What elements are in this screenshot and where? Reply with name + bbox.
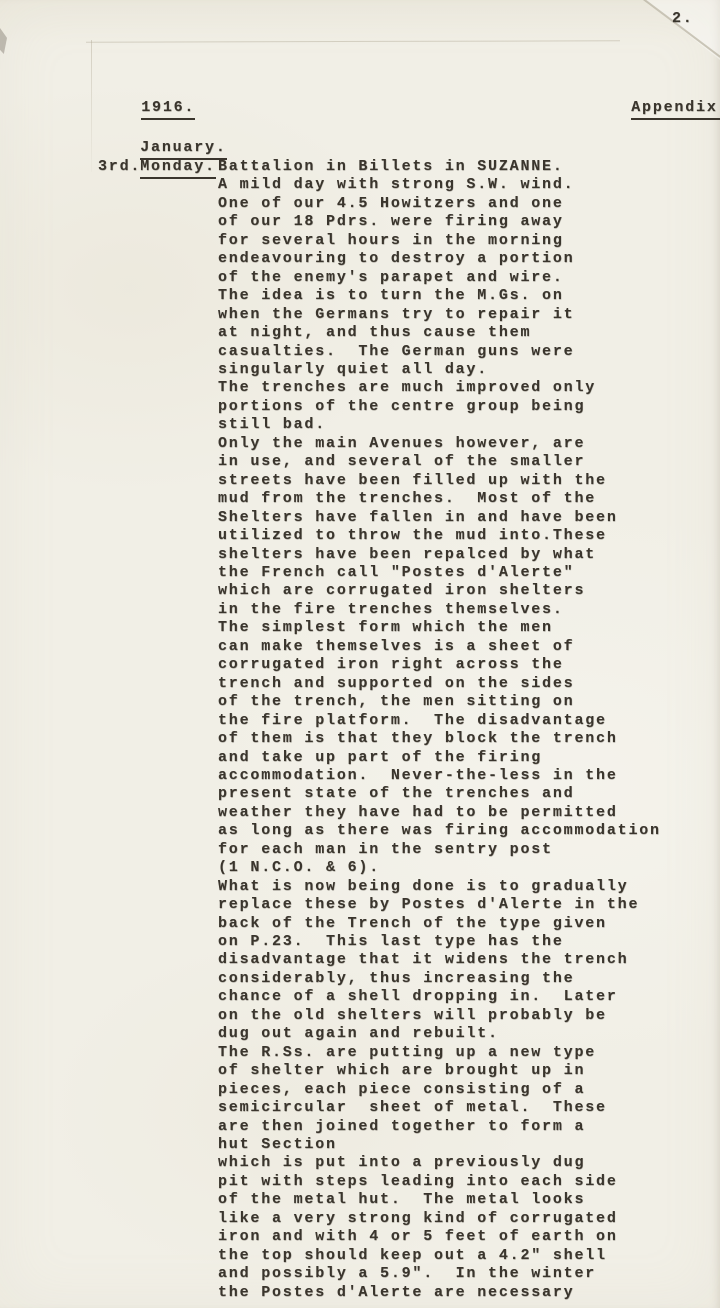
typed-text-line: for several hours in the morning — [218, 232, 661, 250]
vertical-crease-line — [91, 40, 92, 172]
typed-text-line: Shelters have fallen in and have been — [218, 509, 661, 527]
typed-text-line: What is now being done is to gradually — [218, 878, 661, 896]
typed-text-line: as long as there was firing accommodatio… — [218, 822, 661, 840]
typed-text-line: the Postes d'Alerte are necessary — [218, 1284, 661, 1302]
typed-text-line: of shelter which are brought up in — [218, 1062, 661, 1080]
typed-text-line: (1 N.C.O. & 6). — [218, 859, 661, 877]
typed-text-line: trench and supported on the sides — [218, 675, 661, 693]
typed-text-line: hut Section — [218, 1136, 661, 1154]
typed-text-line: at night, and thus cause them — [218, 324, 661, 342]
typed-text-line: casualties. The German guns were — [218, 343, 661, 361]
typed-text-line: of the trench, the men sitting on — [218, 693, 661, 711]
typed-text-line: replace these by Postes d'Alerte in the — [218, 896, 661, 914]
day-heading: Monday. — [140, 158, 216, 179]
typed-text-line: of the metal hut. The metal looks — [218, 1191, 661, 1209]
typed-text-line: back of the Trench of the type given — [218, 915, 661, 933]
appendix-heading: Appendix. — [631, 99, 720, 120]
typed-text-line: pit with steps leading into each side — [218, 1173, 661, 1191]
typed-text-line: One of our 4.5 Howitzers and one — [218, 195, 661, 213]
typed-text-line: weather they have had to be permitted — [218, 804, 661, 822]
appendix-heading-wrap: Appendix. — [588, 81, 720, 139]
typed-text-line: of the enemy's parapet and wire. — [218, 269, 661, 287]
typed-text-line: Battalion in Billets in SUZANNE. — [218, 158, 661, 176]
diary-entry-body: Battalion in Billets in SUZANNE.A mild d… — [218, 158, 661, 1302]
left-edge-scan-mark — [0, 28, 7, 54]
typed-text-line: singularly quiet all day. — [218, 361, 661, 379]
horizontal-crease-line — [86, 40, 620, 42]
typed-text-line: which is put into a previously dug — [218, 1154, 661, 1172]
typed-text-line: in use, and several of the smaller — [218, 453, 661, 471]
typed-text-line: dug out again and rebuilt. — [218, 1025, 661, 1043]
typed-text-line: in the fire trenches themselves. — [218, 601, 661, 619]
typed-text-line: and possibly a 5.9". In the winter — [218, 1265, 661, 1283]
typed-text-line: Only the main Avenues however, are — [218, 435, 661, 453]
typed-text-line: for each man in the sentry post — [218, 841, 661, 859]
date-heading: 3rd. — [98, 158, 141, 176]
typed-text-line: when the Germans try to repair it — [218, 306, 661, 324]
typed-text-line: accommodation. Never-the-less in the — [218, 767, 661, 785]
typed-text-line: still bad. — [218, 416, 661, 434]
typed-text-line: The idea is to turn the M.Gs. on — [218, 287, 661, 305]
typed-text-line: of our 18 Pdrs. were firing away — [218, 213, 661, 231]
typed-text-line: mud from the trenches. Most of the — [218, 490, 661, 508]
typed-text-line: pieces, each piece consisting of a — [218, 1081, 661, 1099]
scanned-diary-page: 2. 1916. Appendix. January. Monday. 3rd.… — [0, 0, 720, 1308]
typed-text-line: disadvantage that it widens the trench — [218, 951, 661, 969]
typed-text-line: on P.23. This last type has the — [218, 933, 661, 951]
typed-text-line: like a very strong kind of corrugated — [218, 1210, 661, 1228]
year-heading: 1916. — [141, 99, 195, 120]
typed-text-line: streets have been filled up with the — [218, 472, 661, 490]
typed-text-line: chance of a shell dropping in. Later — [218, 988, 661, 1006]
typed-text-line: are then joined together to form a — [218, 1118, 661, 1136]
typed-text-line: shelters have been repalced by what — [218, 546, 661, 564]
typed-text-line: The simplest form which the men — [218, 619, 661, 637]
typed-text-line: can make themselves is a sheet of — [218, 638, 661, 656]
typed-text-line: semicircular sheet of metal. These — [218, 1099, 661, 1117]
typed-text-line: of them is that they block the trench — [218, 730, 661, 748]
typed-text-line: portions of the centre group being — [218, 398, 661, 416]
typed-text-line: present state of the trenches and — [218, 785, 661, 803]
typed-text-line: considerably, thus increasing the — [218, 970, 661, 988]
typed-text-line: The R.Ss. are putting up a new type — [218, 1044, 661, 1062]
typed-text-line: utilized to throw the mud into.These — [218, 527, 661, 545]
typed-text-line: on the old shelters will probably be — [218, 1007, 661, 1025]
typed-text-line: A mild day with strong S.W. wind. — [218, 176, 661, 194]
typed-text-line: corrugated iron right across the — [218, 656, 661, 674]
page-number: 2. — [672, 10, 694, 28]
typed-text-line: iron and with 4 or 5 feet of earth on — [218, 1228, 661, 1246]
typed-text-line: which are corrugated iron shelters — [218, 582, 661, 600]
typed-text-line: The trenches are much improved only — [218, 379, 661, 397]
typed-text-line: the fire platform. The disadvantage — [218, 712, 661, 730]
typed-text-line: the top should keep out a 4.2" shell — [218, 1247, 661, 1265]
typed-text-line: the French call "Postes d'Alerte" — [218, 564, 661, 582]
typed-text-line: and take up part of the firing — [218, 749, 661, 767]
typed-text-line: endeavouring to destroy a portion — [218, 250, 661, 268]
page-corner-fold — [638, 0, 720, 60]
